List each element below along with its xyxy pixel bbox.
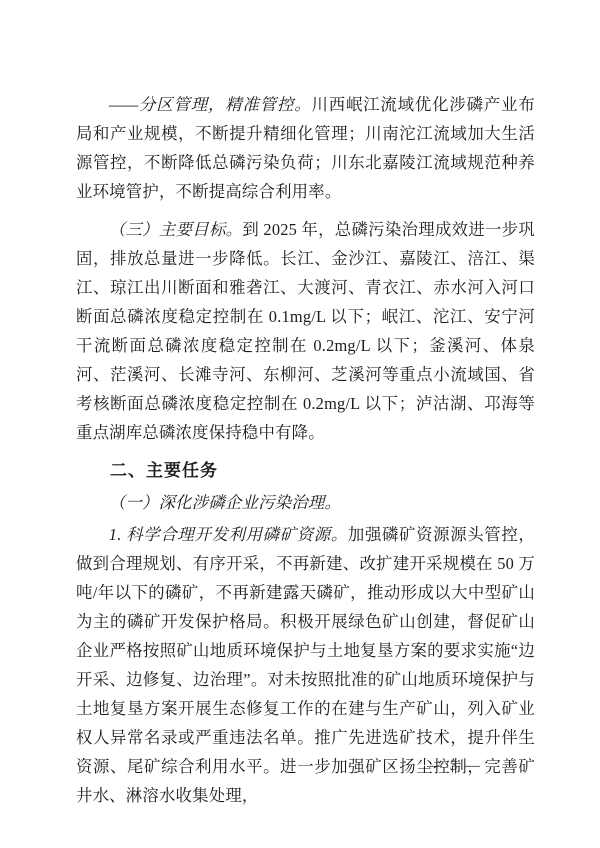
paragraph-text: 到 2025 年，总磷污染治理成效进一步巩固，排放总量进一步降低。长江、金沙江、…: [76, 220, 535, 442]
subsection-heading-enterprise-pollution: （一）深化涉磷企业污染治理。: [76, 488, 535, 517]
paragraph-main-goals: （三）主要目标。到 2025 年，总磷污染治理成效进一步巩固，排放总量进一步降低…: [76, 215, 535, 447]
section-heading-main-tasks: 二、主要任务: [76, 456, 535, 485]
page-number: — 3 —: [427, 756, 482, 776]
paragraph-lead: ——分区管理，精准管控。: [109, 95, 312, 114]
document-page: ——分区管理，精准管控。川西岷江流域优化涉磷产业布局和产业规模，不断提升精细化管…: [0, 0, 600, 848]
document-content: ——分区管理，精准管控。川西岷江流域优化涉磷产业布局和产业规模，不断提升精细化管…: [76, 0, 535, 810]
paragraph-zoning-management: ——分区管理，精准管控。川西岷江流域优化涉磷产业布局和产业规模，不断提升精细化管…: [76, 90, 535, 206]
paragraph-lead: （三）主要目标。: [109, 220, 243, 239]
paragraph-lead: 1. 科学合理开发利用磷矿资源。: [109, 525, 348, 544]
